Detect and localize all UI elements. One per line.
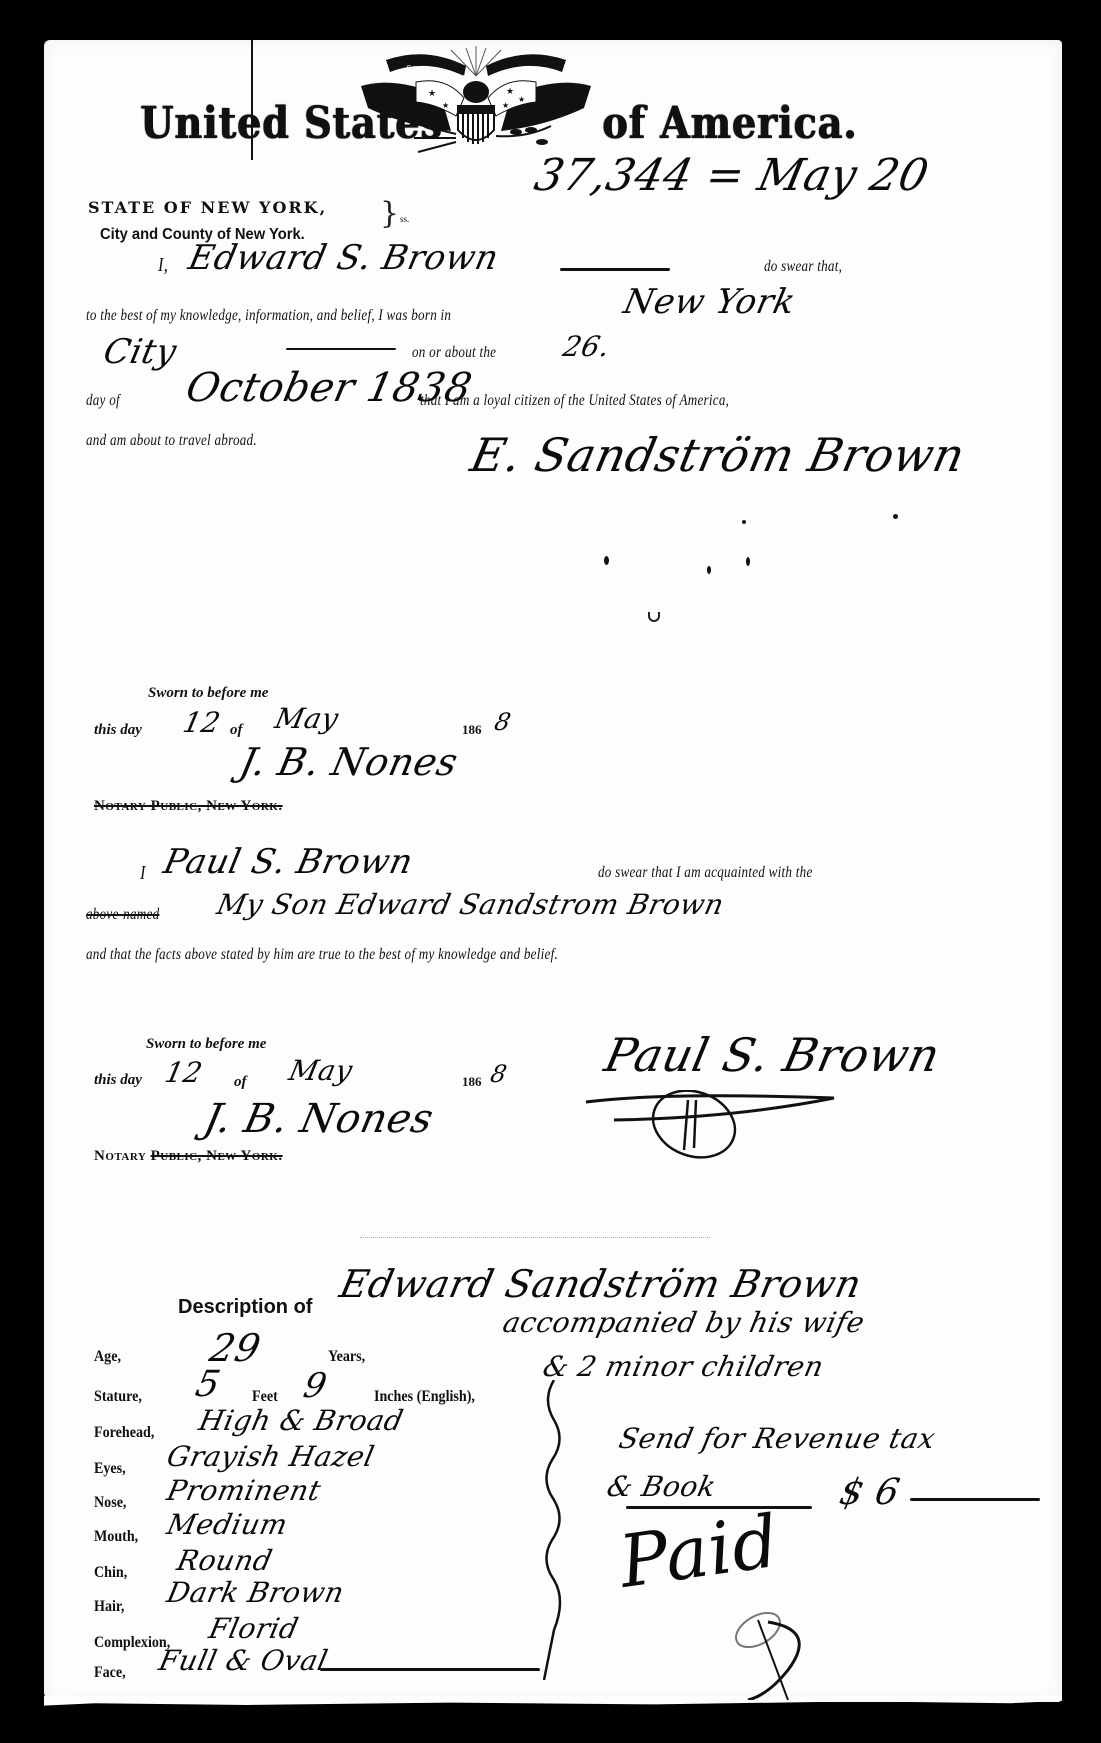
this-day-label: this day	[94, 722, 142, 739]
oath-text-2: to the best of my knowledge, information…	[86, 307, 451, 325]
stature-label: Stature,	[94, 1388, 142, 1406]
eyes-value: Grayish Hazel	[164, 1440, 377, 1473]
fill-line	[560, 268, 670, 271]
fee-amount: $ 6	[836, 1472, 903, 1513]
of-label: of	[234, 1074, 247, 1091]
torn-edge	[44, 1696, 1062, 1708]
hair-value: Dark Brown	[164, 1576, 347, 1609]
oath-text-3: on or about the	[412, 344, 496, 362]
fee-note-line-1: Send for Revenue tax	[616, 1422, 938, 1455]
oath-text-5: that I am a loyal citizen of the United …	[420, 392, 729, 410]
sworn-day-field: 12	[180, 706, 224, 739]
notary-title-struck: Public, New York.	[151, 1148, 283, 1164]
file-number-annotation: 37,344 = May 20	[530, 150, 933, 201]
complexion-label: Complexion,	[94, 1634, 170, 1652]
svg-text:★: ★	[502, 101, 509, 110]
seal-speck	[746, 557, 750, 566]
witness-prefix: I	[140, 862, 146, 885]
hair-label: Hair,	[94, 1598, 124, 1616]
eyes-label: Eyes,	[94, 1460, 126, 1478]
title-of-america: of America.	[602, 97, 857, 149]
description-subject-name: Edward Sandström Brown	[336, 1262, 866, 1306]
face-value: Full & Oval	[156, 1644, 331, 1677]
svg-text:★: ★	[506, 86, 514, 96]
applicant-signature: E. Sandström Brown	[466, 428, 970, 482]
seal-speck	[707, 566, 711, 574]
fee-note-line-2: & Book	[604, 1470, 719, 1503]
signature-flourish	[584, 1090, 844, 1180]
mouth-label: Mouth,	[94, 1528, 138, 1546]
witness-text-2: above-named	[86, 906, 159, 924]
witness-name-field: Paul S. Brown	[160, 842, 417, 882]
birthplace-field: New York	[620, 282, 799, 322]
companions-line-2: & 2 minor children	[540, 1350, 827, 1383]
this-day-label: this day	[94, 1072, 142, 1089]
description-heading: Description of	[178, 1296, 312, 1319]
section-divider	[360, 1237, 710, 1238]
initials-flourish	[728, 1600, 818, 1700]
fill-line	[286, 348, 396, 350]
eagle-shield-emblem-icon: E PLURIBUS UNUM ★★ ★★★	[356, 46, 596, 158]
svg-text:★: ★	[428, 88, 436, 98]
state-line: STATE OF NEW YORK,	[88, 198, 327, 217]
witness-text-3: and that the facts above stated by him a…	[86, 946, 558, 964]
ss-mark: ss.	[400, 214, 409, 224]
of-label: of	[230, 722, 243, 739]
year-prefix: 186	[462, 722, 482, 738]
complexion-value: Florid	[206, 1612, 302, 1645]
year-prefix: 186	[462, 1074, 482, 1090]
nose-value: Prominent	[164, 1474, 324, 1507]
age-suffix: Years,	[328, 1348, 365, 1366]
face-label: Face,	[94, 1664, 126, 1682]
seal-speck	[604, 556, 609, 565]
oath-text-1: do swear that,	[764, 258, 842, 276]
mouth-value: Medium	[164, 1508, 291, 1541]
oath-text-4: day of	[86, 392, 120, 410]
relation-field: My Son Edward Sandstrom Brown	[214, 888, 727, 921]
witness-signature: Paul S. Brown	[600, 1028, 945, 1082]
ink-stroke	[251, 40, 253, 160]
sworn-day-field: 12	[162, 1056, 206, 1089]
age-label: Age,	[94, 1348, 121, 1366]
grouping-bracket	[540, 1380, 570, 1680]
birthplace-continued: City	[100, 332, 180, 372]
notary-title: Notary Public, New York.	[94, 798, 283, 815]
birth-day-field: 26.	[560, 330, 613, 363]
witness-text-1: do swear that I am acquainted with the	[598, 864, 813, 882]
svg-text:★: ★	[518, 95, 525, 104]
notary-title-word: Notary	[94, 1148, 146, 1164]
seal-speck	[742, 520, 746, 524]
chin-label: Chin,	[94, 1564, 127, 1582]
notary-signature: J. B. Nones	[236, 740, 462, 784]
svg-text:★: ★	[442, 101, 449, 110]
notary-signature: J. B. Nones	[200, 1096, 438, 1142]
chin-value: Round	[174, 1544, 275, 1577]
applicant-name-field: Edward S. Brown	[185, 238, 502, 278]
venue-bracket: }	[380, 196, 399, 231]
sworn-label: Sworn to before me	[148, 685, 268, 702]
sworn-month-field: May	[272, 702, 342, 735]
forehead-value: High & Broad	[196, 1404, 407, 1437]
notary-title: Notary Public, New York.	[94, 1148, 283, 1165]
sworn-label: Sworn to before me	[146, 1036, 266, 1053]
fee-amount-line	[910, 1498, 1040, 1501]
oath-prefix: I,	[158, 254, 168, 277]
fill-line	[320, 1668, 540, 1671]
nose-label: Nose,	[94, 1494, 126, 1512]
oath-text-6: and am about to travel abroad.	[86, 432, 257, 450]
forehead-label: Forehead,	[94, 1424, 154, 1442]
sworn-month-field: May	[286, 1054, 356, 1087]
seal-speck	[893, 514, 898, 519]
companions-line-1: accompanied by his wife	[500, 1306, 868, 1339]
